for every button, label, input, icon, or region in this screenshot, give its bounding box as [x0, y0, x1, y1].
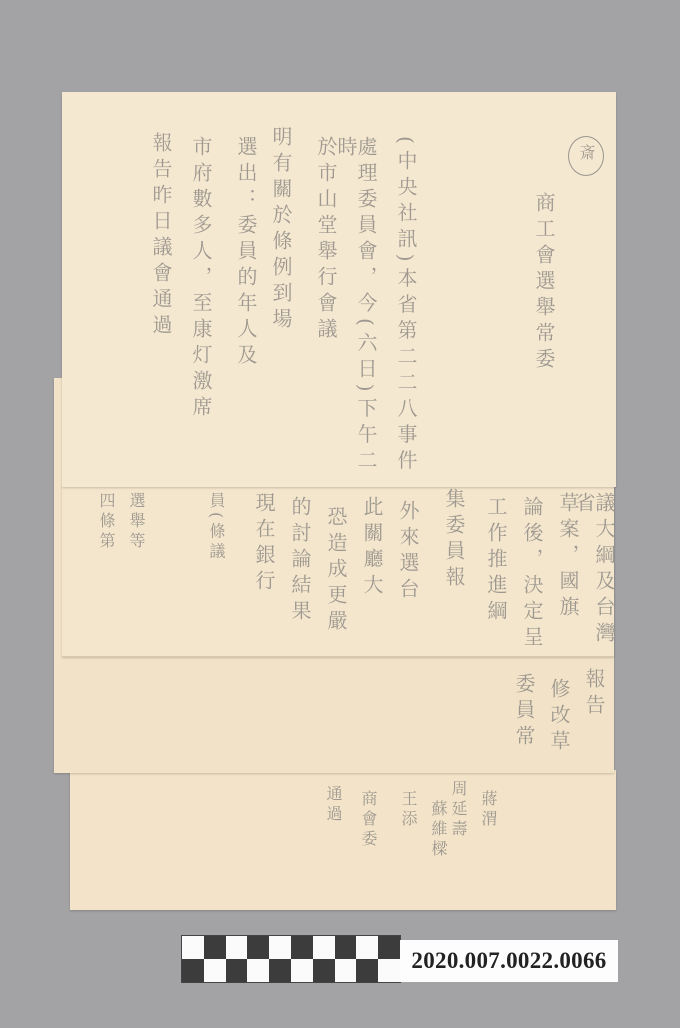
paper-sheet-2: 議大綱及台灣省 草案，國旗 論後，決定呈 工作推進綱 集委員報 外來選台 此關廳…	[62, 485, 614, 657]
handwritten-column: 蔣渭	[480, 790, 496, 830]
handwritten-column: 選出：委員的年人及	[236, 136, 256, 370]
handwritten-column: 現在銀行	[254, 492, 274, 596]
handwritten-column: 恐造成更嚴	[326, 506, 346, 636]
handwritten-column: 選舉等	[128, 492, 144, 552]
handwritten-column: 周延壽	[450, 780, 466, 840]
handwritten-column: 集委員報	[444, 488, 464, 592]
handwritten-column: 商工會選舉常委	[534, 192, 554, 374]
handwritten-column: 工作推進綱	[486, 496, 506, 626]
handwritten-column: 員(條議	[208, 492, 224, 562]
color-scale-bar	[181, 935, 401, 983]
handwritten-column: 報告	[584, 668, 604, 720]
handwritten-column: (中央社訊)本省第二二八事件	[396, 136, 416, 476]
handwritten-column: 草案，國旗	[558, 492, 578, 622]
handwritten-column: 市府數多人，至康灯激席	[191, 136, 211, 422]
handwritten-column: 此關廳大	[362, 496, 382, 600]
handwritten-column: 議大綱及台灣省	[574, 492, 614, 656]
handwritten-column: 論後，決定呈	[522, 496, 542, 652]
handwritten-column: 蘇維樑	[430, 800, 446, 860]
handwritten-column: 修改草	[549, 678, 569, 756]
handwritten-column: 商會委	[360, 790, 376, 850]
handwritten-column: 王添	[400, 790, 416, 830]
handwritten-column: 外來選台	[398, 500, 418, 604]
paper-sheet-1: 斎 商工會選舉常委 (中央社訊)本省第二二八事件 處理委員會，今(六日)下午二時…	[62, 92, 616, 487]
handwritten-column: 報告昨日議會通過	[151, 132, 171, 340]
handwritten-column: 於市山堂舉行會議	[316, 136, 336, 344]
handwritten-column: 明有關於條例到場	[271, 126, 291, 334]
handwritten-column: 四條第	[98, 492, 114, 552]
handwritten-column: 通過	[325, 785, 341, 825]
circled-mark: 斎	[578, 144, 594, 164]
handwritten-column: 的討論結果	[290, 496, 310, 626]
paper-sheet-4: 周延壽 蔣渭 蘇維樑 王添 商會委 通過	[70, 770, 616, 910]
handwritten-column: 委員常	[514, 673, 534, 751]
handwritten-column: 處理委員會，今(六日)下午二時	[336, 136, 376, 487]
accession-number-label: 2020.007.0022.0066	[400, 940, 618, 982]
